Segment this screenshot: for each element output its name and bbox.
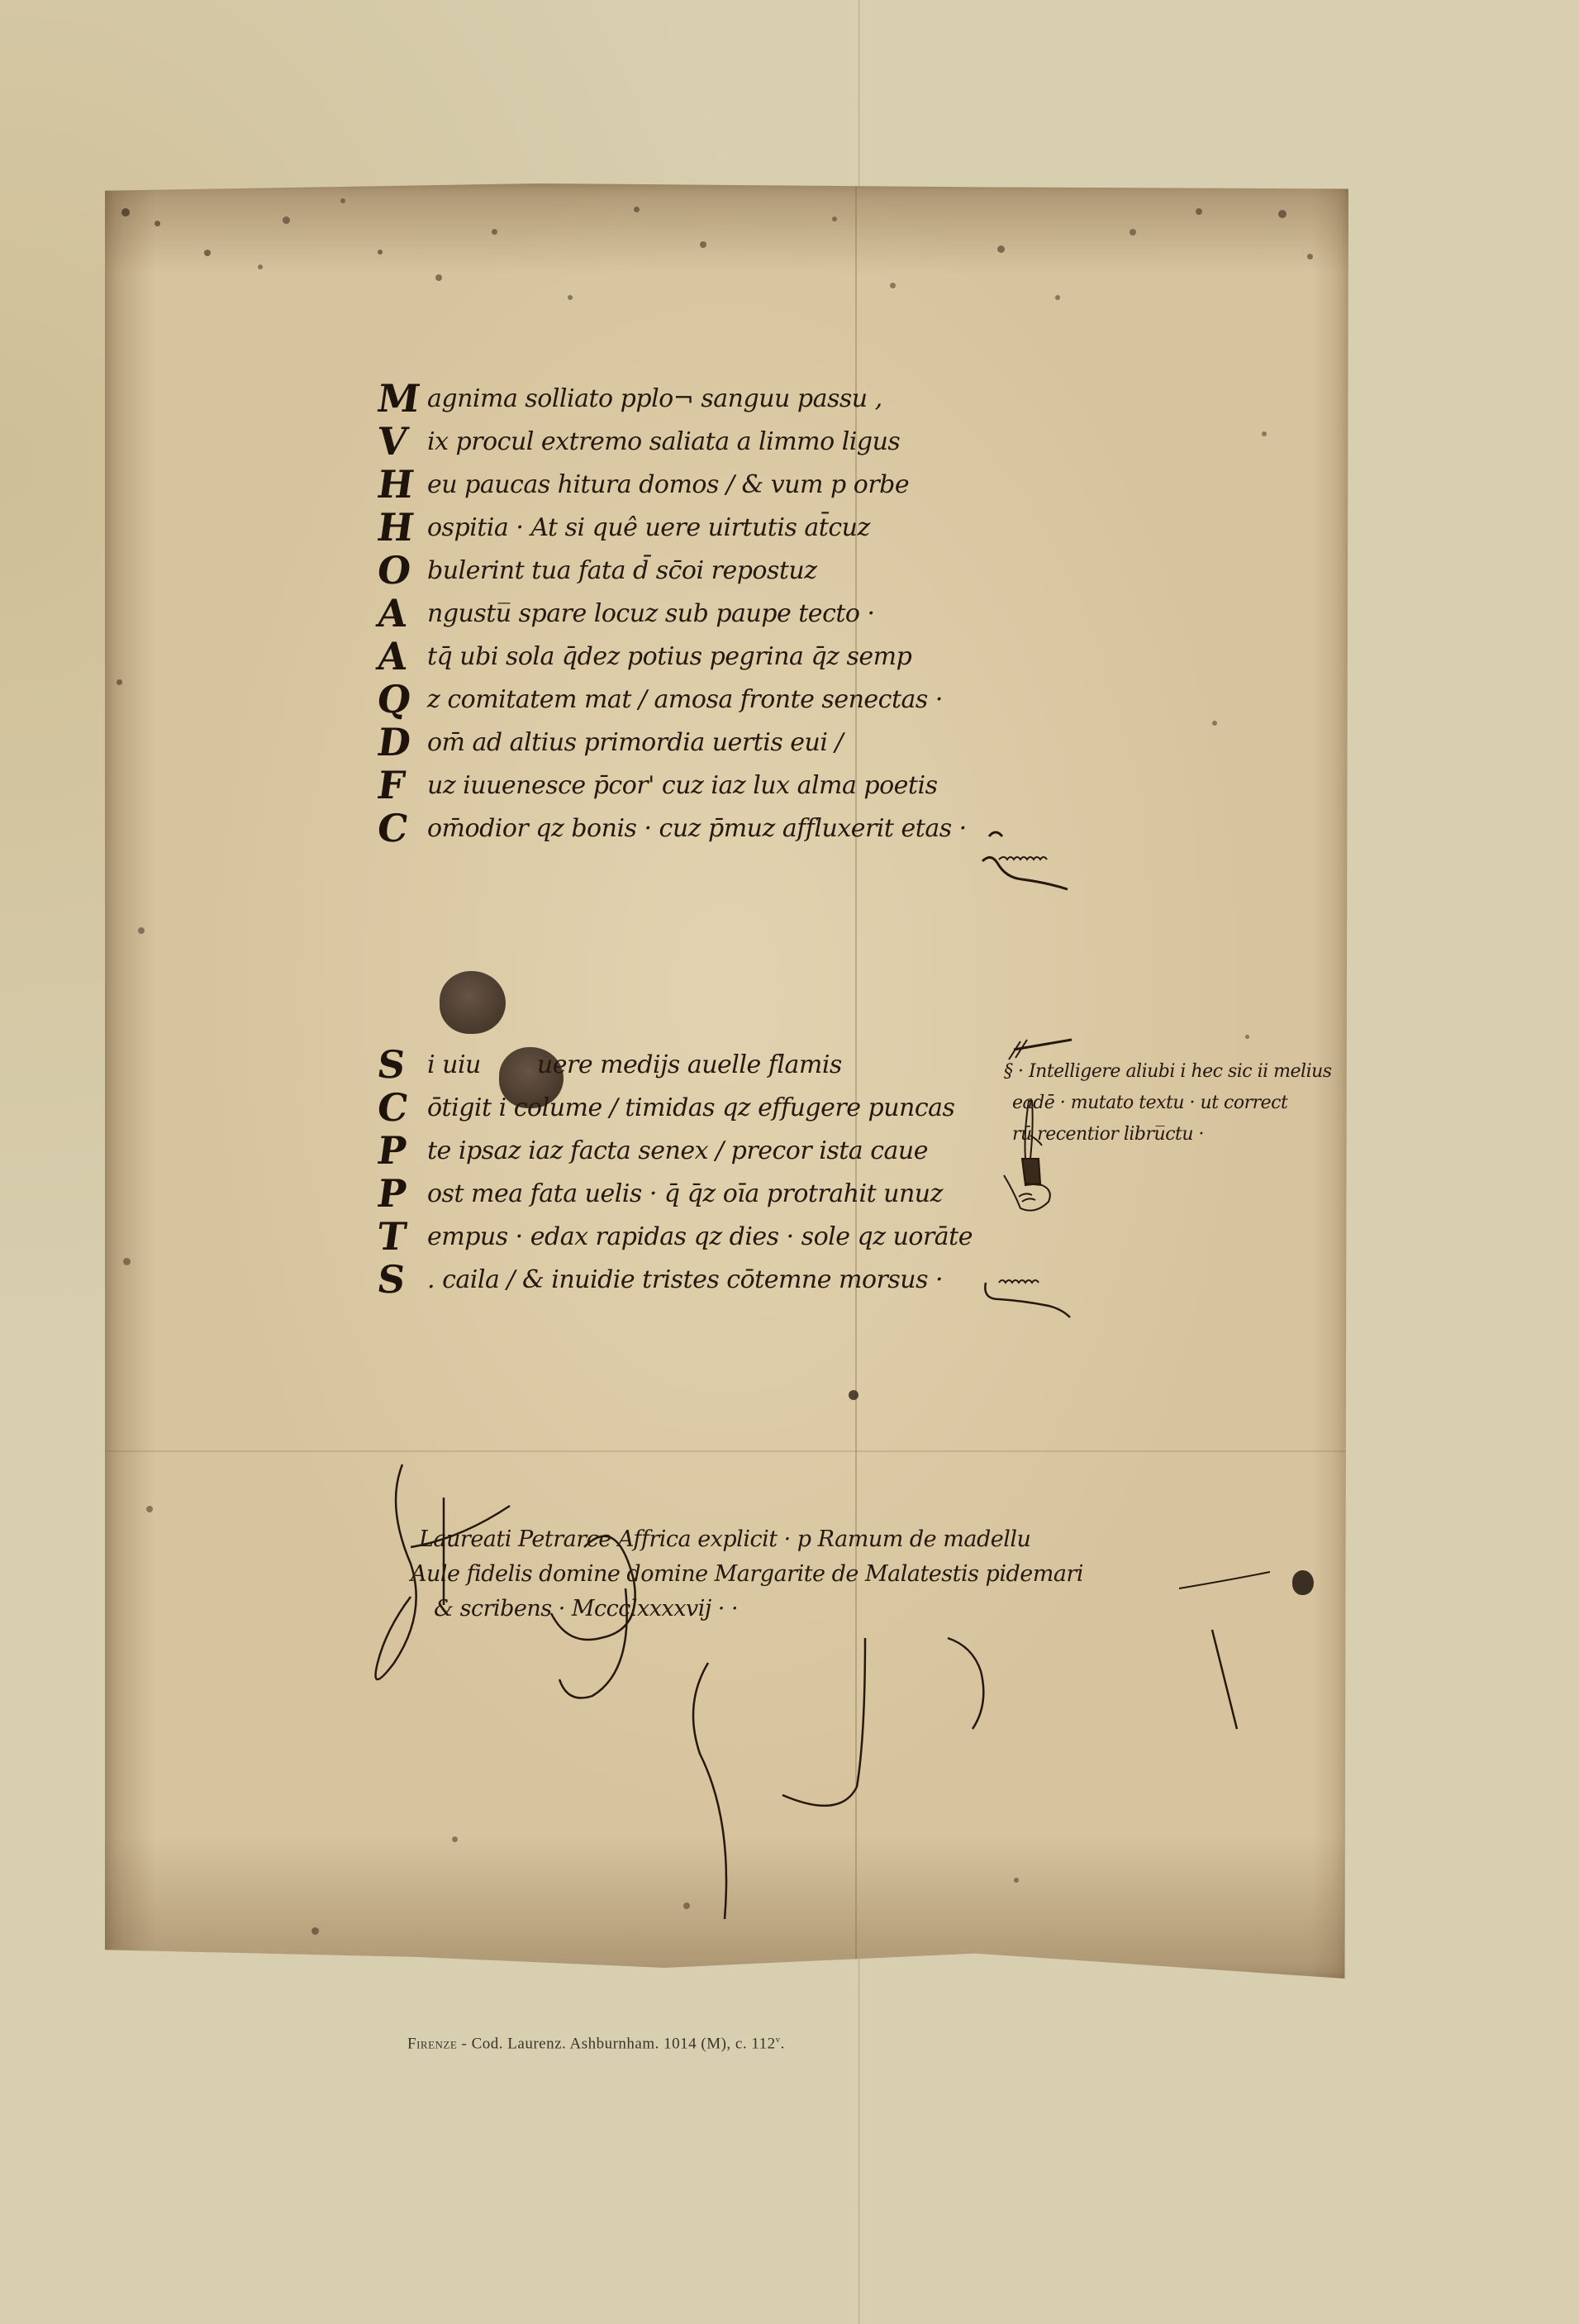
verse-line: H ospitia · At si quê uere uirtutis at̄c… <box>378 506 870 549</box>
verse-initial: A <box>374 591 430 636</box>
verse-line: O bulerint tua fata d̄ sc̄oi repostuz <box>378 549 817 592</box>
manuscript-leaf: M agnima solliato pplo¬ sanguu passu , V… <box>105 183 1348 1979</box>
colophon-line: & scribens · Mccclxxxxvij · · <box>402 1592 1083 1626</box>
verse-line: A ngustu̅ spare locuz sub paupe tecto · <box>378 592 875 635</box>
verse-text: ost mea fata uelis · q̄ q̄z oīa protrahi… <box>427 1179 943 1208</box>
colophon: Laureati Petrarce Affrica explicit · p R… <box>402 1522 1083 1626</box>
verse-text: ngustu̅ spare locuz sub paupe tecto · <box>427 599 875 628</box>
verse-line: D om̄ ad altius primordia uertis eui / <box>378 721 843 764</box>
colophon-flourish-icon <box>353 1440 1344 1919</box>
verse-line: V ix procul extremo saliata a limmo ligu… <box>378 420 900 463</box>
verse-line: F uz iuuenesce p̄cor' cuz iaz lux alma p… <box>378 764 937 807</box>
verse-initial: H <box>374 462 430 507</box>
verse-line: S . caila / & inuidie tristes cōtemne mo… <box>378 1258 943 1301</box>
verse-line: S i uiu uere medijs auelle flamis <box>378 1043 842 1086</box>
plate-caption: Firenze - Cod. Laurenz. Ashburnham. 1014… <box>407 2035 785 2053</box>
verse-line: M agnima solliato pplo¬ sanguu passu , <box>378 377 882 420</box>
colophon-line: Laureati Petrarce Affrica explicit · p R… <box>402 1522 1083 1557</box>
verse-initial: D <box>374 720 430 764</box>
verse-initial: C <box>374 1085 430 1130</box>
verse-line: C ōtigit i colume / timidas qz effugere … <box>378 1086 954 1129</box>
ink-stain-upper <box>440 971 506 1034</box>
caption-end: . <box>781 2035 785 2052</box>
verse-text: empus · edax rapidas qz dies · sole qz u… <box>427 1222 973 1251</box>
verse-text: om̄ ad altius primordia uertis eui / <box>427 728 843 757</box>
verse-line: A tq̄ ubi sola q̄dez potius pegrina q̄z … <box>378 635 911 678</box>
verse-text: ospitia · At si quê uere uirtutis at̄cuz <box>427 513 870 542</box>
verse-initial: S <box>374 1042 430 1087</box>
verse-line: T empus · edax rapidas qz dies · sole qz… <box>378 1215 973 1258</box>
verse-text: . caila / & inuidie tristes cōtemne mors… <box>427 1265 943 1294</box>
verse-initial: O <box>374 548 430 593</box>
verse-text: ix procul extremo saliata a limmo ligus <box>427 427 900 456</box>
verse-line: P ost mea fata uelis · q̄ q̄z oīa protra… <box>378 1172 943 1215</box>
verse-text: i uiu uere medijs auelle flamis <box>427 1050 842 1079</box>
verse-line: Q z comitatem mat / amosa fronte senecta… <box>378 678 943 721</box>
caption-city: Firenze <box>407 2035 457 2052</box>
verse-initial: T <box>374 1214 430 1259</box>
verse-initial: S <box>374 1257 430 1302</box>
verse-text: agnima solliato pplo¬ sanguu passu , <box>427 384 882 413</box>
verse-text: te ipsaz iaz facta senex / precor ista c… <box>427 1136 928 1165</box>
verse-text: bulerint tua fata d̄ sc̄oi repostuz <box>427 556 817 585</box>
verse-initial: V <box>374 419 430 464</box>
verse-text: om̄odior qz bonis · cuz p̄muz affluxerit… <box>427 814 967 843</box>
verse-initial: M <box>374 376 430 421</box>
verse-initial: H <box>374 505 430 550</box>
verse-text: ōtigit i colume / timidas qz effugere pu… <box>427 1093 954 1122</box>
verse-text: tq̄ ubi sola q̄dez potius pegrina q̄z se… <box>427 642 911 671</box>
line-end-flourish-icon <box>981 1258 1096 1324</box>
verse-text: uz iuuenesce p̄cor' cuz iaz lux alma poe… <box>427 771 937 800</box>
verse-initial: C <box>374 806 430 850</box>
line-end-flourish-icon <box>981 812 1096 894</box>
verse-initial: Q <box>374 677 430 721</box>
caption-shelfmark: Cod. Laurenz. Ashburnham. 1014 (M), c. 1… <box>472 2035 776 2052</box>
colophon-line: Aule fidelis domine domine Margarite de … <box>402 1557 1083 1592</box>
verse-text: z comitatem mat / amosa fronte senectas … <box>427 685 943 714</box>
manicule-pointing-hand-icon <box>997 1035 1113 1258</box>
verse-initial: P <box>374 1128 430 1173</box>
verse-line: P te ipsaz iaz facta senex / precor ista… <box>378 1129 928 1172</box>
verse-line: C om̄odior qz bonis · cuz p̄muz affluxer… <box>378 807 967 850</box>
verse-line: H eu paucas hitura domos / & vum p orbe <box>378 463 909 506</box>
caption-separator: - <box>457 2035 471 2052</box>
verse-initial: F <box>374 763 430 807</box>
verse-text: eu paucas hitura domos / & vum p orbe <box>427 470 909 499</box>
verse-initial: A <box>374 634 430 679</box>
verse-initial: P <box>374 1171 430 1216</box>
